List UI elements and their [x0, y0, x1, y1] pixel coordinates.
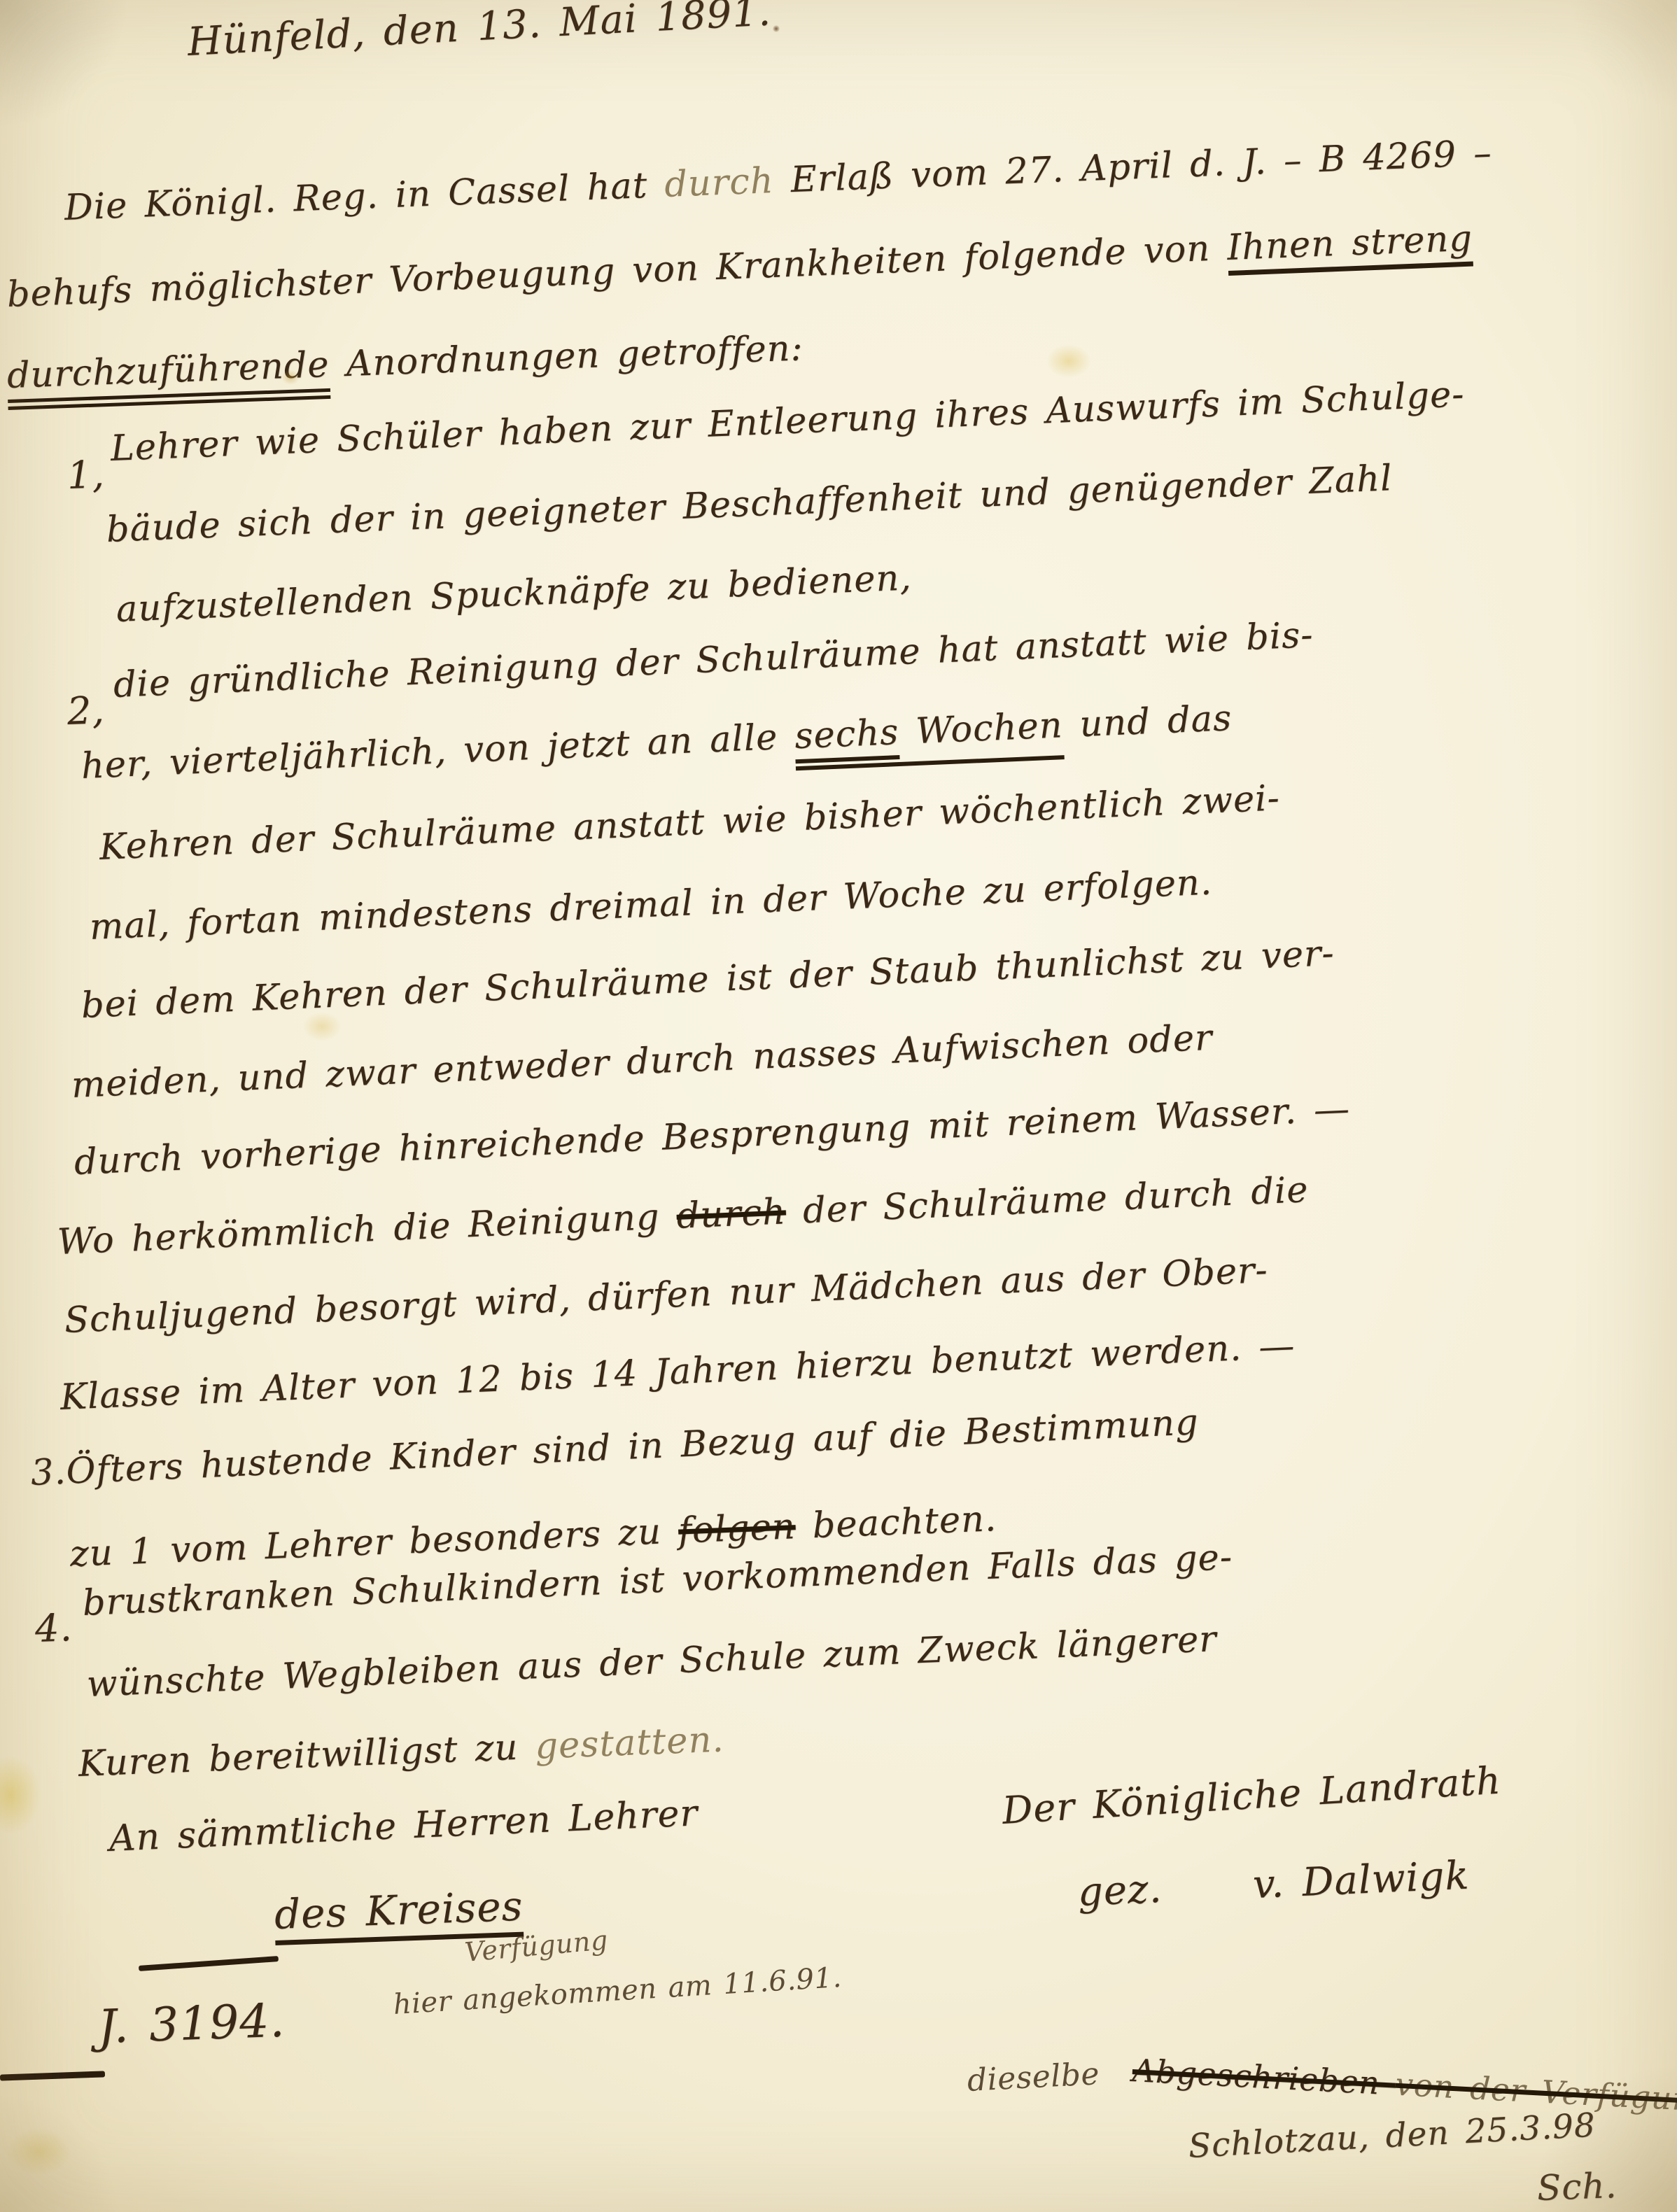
annotation-initial: Sch.: [1536, 2165, 1618, 2209]
item2-line2-wochen: Wochen: [898, 705, 1064, 753]
intro-line-2: behufs möglichster Vorbeugung von Krankh…: [6, 218, 1473, 316]
item2-line-4: mal, fortan mindestens dreimal in der Wo…: [89, 862, 1213, 948]
item4-line3-a: Kuren bereitwilligst zu: [78, 1726, 536, 1785]
item2-line-8: Wo herkömmlich die Reinigung durch der S…: [57, 1169, 1310, 1263]
intro-line-3: durchzuführende Anordnungen getroffen:: [6, 327, 804, 397]
intro-line2-underlined: Ihnen streng: [1226, 218, 1473, 276]
item2-line1-text: die gründliche Reinigung der Schulräume …: [113, 614, 1314, 706]
annotation-copied-a: Abgeschrieben: [1132, 2052, 1397, 2103]
signature-line: gez.v. Dalwigk: [1077, 1853, 1471, 1915]
item2-line-9: Schuljugend besorgt wird, dürfen nur Mäd…: [64, 1250, 1269, 1341]
recipient-line-2: des Kreises: [274, 1882, 524, 1938]
annotation-arrival-text: hier angekommen am 11.6.91.: [393, 1961, 843, 2021]
item1-line3-text: aufzustellenden Spucknäpfe zu bedienen,: [115, 557, 913, 631]
item1-line2-text: bäude sich der in geeigneter Beschaffenh…: [106, 458, 1394, 551]
manuscript-page: Hünfeld, den 13. Mai 1891. Die Königl. R…: [0, 0, 1677, 2212]
recipient-line1-text: An sämmtliche Herren Lehrer: [108, 1792, 699, 1860]
item2-line-3: Kehren der Schulräume anstatt wie bisher…: [99, 777, 1281, 868]
item2-line5-text: bei dem Kehren der Schulräume ist der St…: [80, 933, 1335, 1027]
item2-line3-text: Kehren der Schulräume anstatt wie bisher…: [99, 777, 1281, 868]
item2-line7-text: durch vorherige hinreichende Besprengung…: [73, 1089, 1351, 1183]
item2-line6-text: meiden, und zwar entweder durch nasses A…: [71, 1017, 1214, 1106]
item2-line9-text: Schuljugend besorgt wird, dürfen nur Mäd…: [64, 1250, 1269, 1341]
item2-line-5: bei dem Kehren der Schulräume ist der St…: [80, 933, 1335, 1027]
signature-title: Der Königliche Landrath: [1001, 1758, 1502, 1832]
annotation-copied-struck: Abgeschrieben von der Verfügung: [1132, 2052, 1677, 2119]
reference-number: J. 3194.: [97, 1994, 286, 2054]
intro-line-1: Die Königl. Reg. in Cassel hat durch Erl…: [64, 133, 1493, 229]
item2-line-2: her, vierteljährlich, von jetzt an alle …: [80, 698, 1233, 787]
paper-stain: [7, 2129, 71, 2175]
item2-line-10: Klasse im Alter von 12 bis 14 Jahren hie…: [59, 1325, 1296, 1418]
item4-line2-text: wünschte Wegbleiben aus der Schule zum Z…: [86, 1619, 1218, 1705]
item3-line2-folgen-struck: folgen: [678, 1506, 797, 1551]
item3-line2-c: beachten.: [794, 1498, 997, 1547]
item3-line1-text: Öfters hustende Kinder sind in Bezug auf…: [65, 1402, 1199, 1493]
signature-gap: [1163, 1898, 1254, 1902]
annotation-schlotzau: Schlotzau, den 25.3.98: [1188, 2106, 1597, 2166]
item3-marker-text: 3.: [30, 1451, 67, 1494]
item1-line-3: aufzustellenden Spucknäpfe zu bedienen,: [115, 557, 913, 631]
ink-fleck: [773, 25, 780, 32]
signature-title-text: Der Königliche Landrath: [1001, 1758, 1502, 1832]
item4-marker: 4.: [34, 1605, 73, 1651]
reference-number-text: J. 3194.: [97, 1994, 286, 2054]
item1-line-2: bäude sich der in geeigneter Beschaffenh…: [106, 458, 1394, 551]
item2-marker-text: 2,: [66, 688, 106, 733]
item2-line8-durch-struck: durch: [675, 1191, 787, 1237]
dateline: Hünfeld, den 13. Mai 1891.: [186, 0, 772, 65]
item4-line-3: Kuren bereitwilligst zu gestatten.: [78, 1719, 725, 1785]
item2-line8-a: Wo herkömmlich die Reinigung: [57, 1196, 678, 1263]
item4-line-2: wünschte Wegbleiben aus der Schule zum Z…: [86, 1619, 1218, 1705]
intro-line2-a: behufs möglichster Vorbeugung von Krankh…: [6, 227, 1228, 316]
item2-line-1: die gründliche Reinigung der Schulräume …: [113, 614, 1314, 706]
intro-line1-a: Die Königl. Reg. in Cassel hat: [64, 164, 666, 229]
item2-marker: 2,: [66, 688, 106, 733]
dateline-text: Hünfeld, den 13. Mai 1891.: [186, 0, 772, 65]
item2-line2-a: her, vierteljährlich, von jetzt an alle: [80, 716, 796, 787]
annotation-dieselbe: dieselbe: [967, 2056, 1101, 2099]
item1-marker: 1,: [66, 452, 106, 498]
intro-line3-rest: Anordnungen getroffen:: [329, 327, 804, 386]
item2-line2-underlined-phrase: sechs Wochen: [794, 705, 1064, 770]
paper-stain: [0, 1756, 41, 1833]
intro-line3-underlined: durchzuführende: [6, 344, 330, 410]
recipient-line-1: An sämmtliche Herren Lehrer: [108, 1792, 699, 1860]
signature-name: v. Dalwigk: [1252, 1853, 1471, 1908]
annotation-dieselbe-text: dieselbe: [967, 2056, 1101, 2099]
item2-line4-text: mal, fortan mindestens dreimal in der Wo…: [89, 862, 1213, 948]
annotation-arrival: hier angekommen am 11.6.91.: [393, 1961, 843, 2021]
item2-line2-sechs: sechs: [794, 712, 900, 763]
annotation-initial-text: Sch.: [1536, 2165, 1618, 2209]
flourish-stroke-kreises: [139, 1956, 279, 1971]
item2-line8-c: der Schulräume durch die: [785, 1169, 1310, 1232]
item2-line-6: meiden, und zwar entweder durch nasses A…: [71, 1017, 1214, 1106]
signature-gez: gez.: [1077, 1866, 1163, 1915]
item4-line3-gestatten-faded: gestatten.: [534, 1719, 724, 1768]
intro-line1-durch-faded: durch: [664, 160, 774, 206]
item2-line-7: durch vorherige hinreichende Besprengung…: [73, 1089, 1351, 1183]
item2-line10-text: Klasse im Alter von 12 bis 14 Jahren hie…: [59, 1325, 1296, 1418]
item3-line-1: 3.Öfters hustende Kinder sind in Bezug a…: [30, 1402, 1200, 1494]
intro-line1-c: Erlaß vom 27. April d. J. – B 4269 –: [773, 133, 1492, 202]
flourish-stroke-left: [0, 2071, 105, 2080]
annotation-schlotzau-text: Schlotzau, den 25.3.98: [1188, 2106, 1597, 2166]
paper-stain: [1046, 344, 1091, 378]
item2-line2-d: und das: [1062, 698, 1233, 746]
item1-marker-text: 1,: [66, 452, 106, 498]
item4-marker-text: 4.: [34, 1605, 73, 1651]
